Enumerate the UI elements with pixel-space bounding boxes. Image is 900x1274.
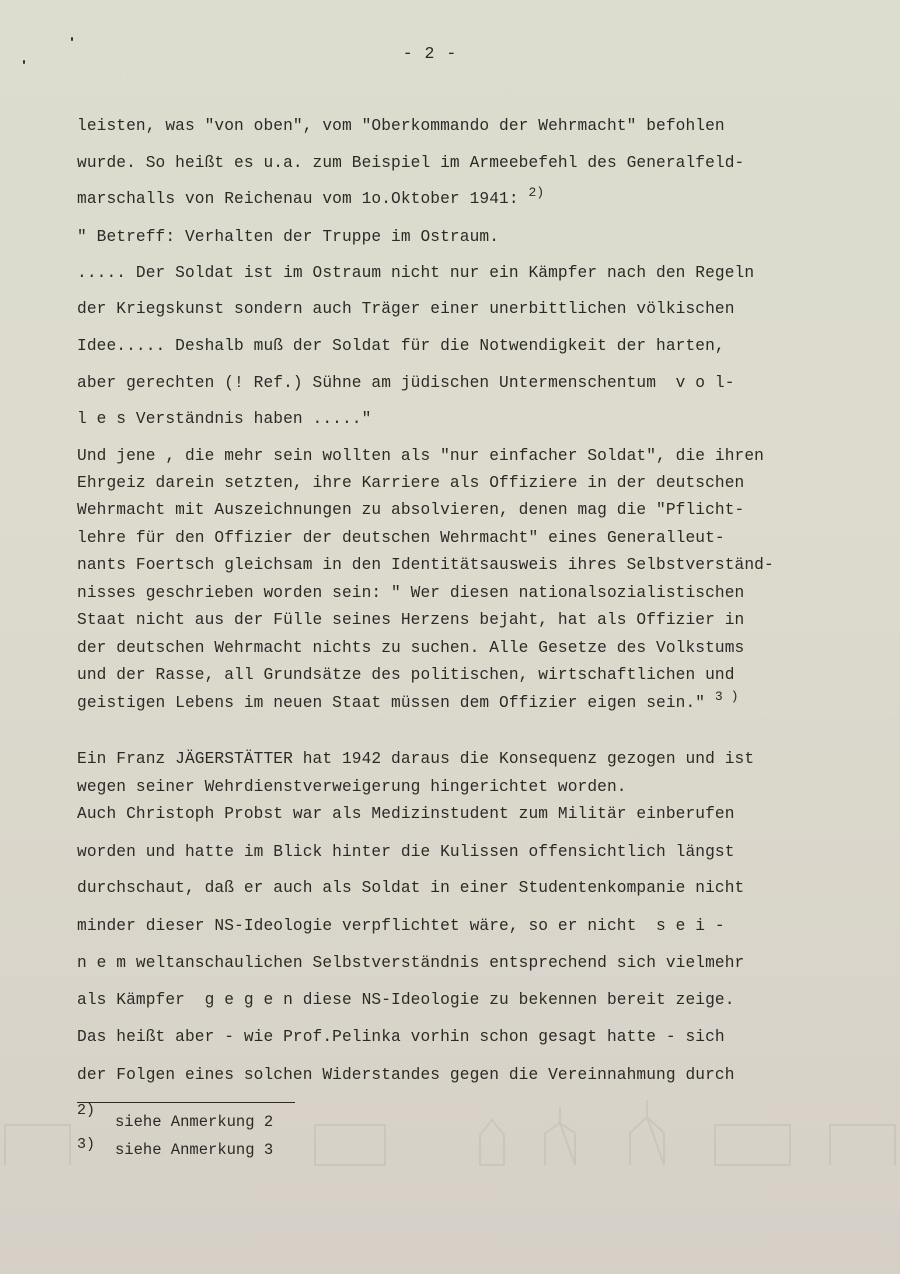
text-line: marschalls von Reichenau vom 1o.Oktober …	[77, 190, 544, 208]
footnote-text: siehe Anmerkung 2	[115, 1113, 273, 1131]
text-line: Ein Franz JÄGERSTÄTTER hat 1942 daraus d…	[77, 750, 754, 768]
text-line: n e m weltanschaulichen Selbstverständni…	[77, 954, 744, 972]
footnote-separator	[77, 1102, 295, 1103]
text-line: wurde. So heißt es u.a. zum Beispiel im …	[77, 154, 744, 172]
text-line: Staat nicht aus der Fülle seines Herzens…	[77, 611, 744, 629]
text-line: lehre für den Offizier der deutschen Weh…	[77, 529, 725, 547]
text-line: nants Foertsch gleichsam in den Identitä…	[77, 556, 774, 574]
ink-speck	[71, 37, 73, 41]
text-line: Ehrgeiz darein setzten, ihre Karriere al…	[77, 474, 744, 492]
watermark-churches-icon	[0, 1095, 900, 1175]
text-line: ..... Der Soldat ist im Ostraum nicht nu…	[77, 264, 754, 282]
text-line: der Folgen eines solchen Widerstandes ge…	[77, 1066, 735, 1084]
text-line: durchschaut, daß er auch als Soldat in e…	[77, 879, 744, 897]
text-line: Auch Christoph Probst war als Medizinstu…	[77, 805, 735, 823]
text-line: und der Rasse, all Grundsätze des politi…	[77, 666, 735, 684]
text-line-content: geistigen Lebens im neuen Staat müssen d…	[77, 694, 715, 712]
footnote-mark: 2)	[77, 1102, 95, 1119]
text-line: geistigen Lebens im neuen Staat müssen d…	[77, 694, 739, 712]
text-line: worden und hatte im Blick hinter die Kul…	[77, 843, 735, 861]
text-line: Idee..... Deshalb muß der Soldat für die…	[77, 337, 725, 355]
text-line: aber gerechten (! Ref.) Sühne am jüdisch…	[77, 374, 735, 392]
text-line: nisses geschrieben worden sein: " Wer di…	[77, 584, 744, 602]
footnote-mark: 3)	[77, 1136, 95, 1153]
page-number: - 2 -	[0, 44, 860, 63]
text-line: der deutschen Wehrmacht nichts zu suchen…	[77, 639, 744, 657]
text-line: minder dieser NS-Ideologie verpflichtet …	[77, 917, 725, 935]
text-line-content: marschalls von Reichenau vom 1o.Oktober …	[77, 190, 528, 208]
text-line: Das heißt aber - wie Prof.Pelinka vorhin…	[77, 1028, 725, 1046]
footnote-ref: 3 )	[715, 689, 739, 704]
text-line: leisten, was "von oben", vom "Oberkomman…	[77, 117, 725, 135]
text-line: als Kämpfer g e g e n diese NS-Ideologie…	[77, 991, 735, 1009]
footnote-ref: 2)	[528, 185, 544, 200]
footnote-text: siehe Anmerkung 3	[115, 1141, 273, 1159]
document-page: - 2 - leisten, was "von oben", vom "Ober…	[0, 0, 900, 1274]
text-line: wegen seiner Wehrdienstverweigerung hing…	[77, 778, 627, 796]
text-line: l e s Verständnis haben ....."	[77, 410, 371, 428]
text-line: Und jene , die mehr sein wollten als "nu…	[77, 447, 764, 465]
text-line: Wehrmacht mit Auszeichnungen zu absolvie…	[77, 501, 744, 519]
text-line: der Kriegskunst sondern auch Träger eine…	[77, 300, 735, 318]
text-line: " Betreff: Verhalten der Truppe im Ostra…	[77, 228, 499, 246]
